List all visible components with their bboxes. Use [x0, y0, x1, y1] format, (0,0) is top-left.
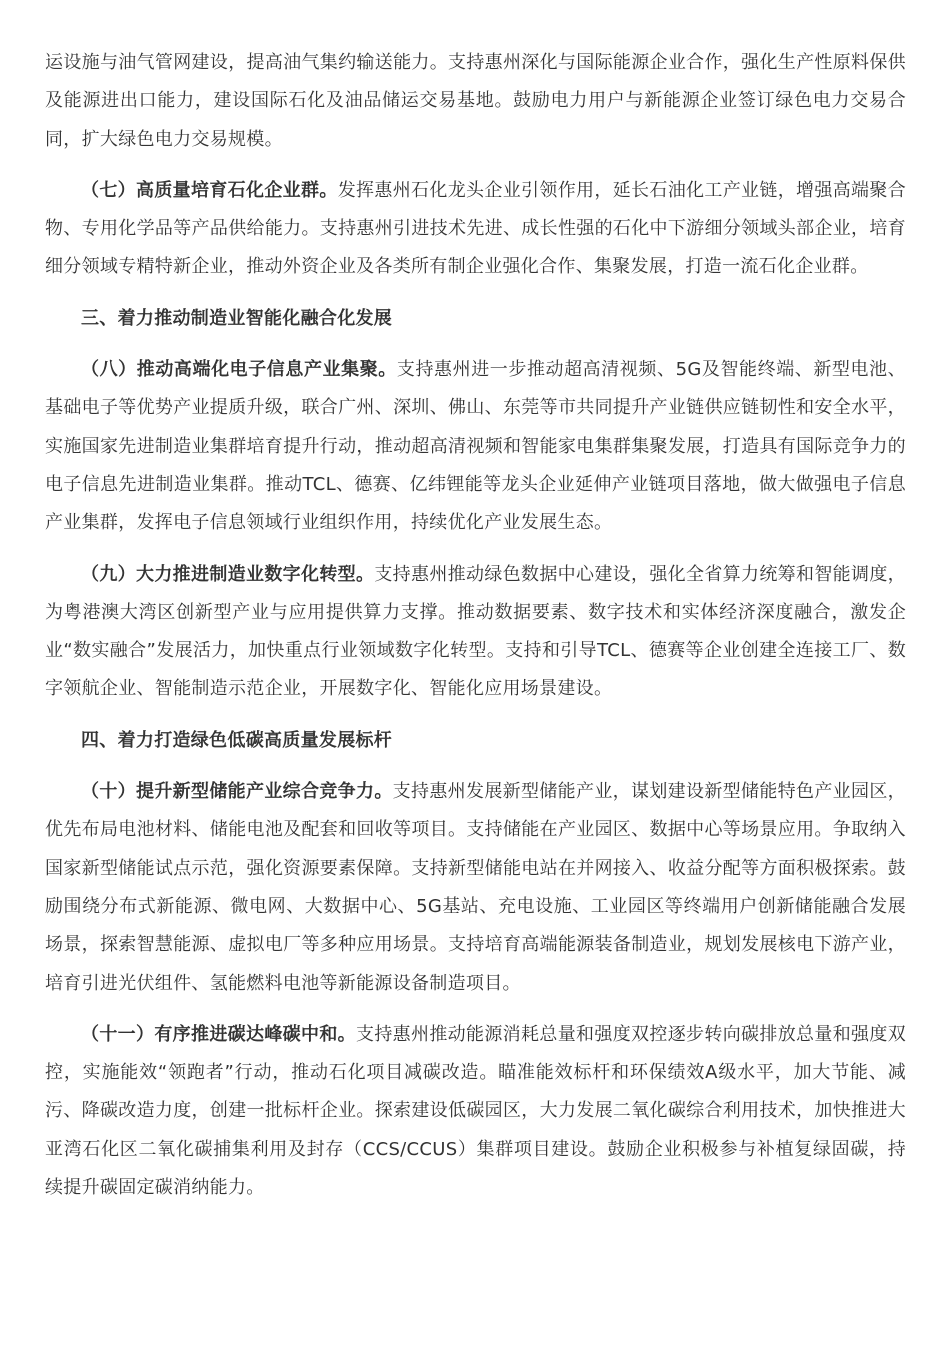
paragraph-lead-title: （九）大力推进制造业数字化转型。	[81, 564, 374, 585]
paragraph-continuation: 运设施与油气管网建设，提高油气集约输送能力。支持惠州深化与国际能源企业合作，强化…	[45, 44, 906, 159]
paragraph-section-9: （九）大力推进制造业数字化转型。支持惠州推动绿色数据中心建设，强化全省算力统筹和…	[45, 556, 906, 709]
paragraph-text: 支持惠州进一步推动超高清视频、5G及智能终端、新型电池、基础电子等优势产业提质升…	[45, 359, 906, 533]
paragraph-section-8: （八）推动高端化电子信息产业集聚。支持惠州进一步推动超高清视频、5G及智能终端、…	[45, 351, 906, 542]
paragraph-lead-title: （十一）有序推进碳达峰碳中和。	[81, 1024, 356, 1045]
paragraph-text: 运设施与油气管网建设，提高油气集约输送能力。支持惠州深化与国际能源企业合作，强化…	[45, 52, 906, 150]
paragraph-text: 支持惠州推动能源消耗总量和强度双控逐步转向碳排放总量和强度双控，实施能效“领跑者…	[45, 1024, 906, 1198]
section-heading-4: 四、着力打造绿色低碳高质量发展标杆	[45, 722, 906, 760]
section-heading-3: 三、着力推动制造业智能化融合化发展	[45, 300, 906, 338]
paragraph-section-11: （十一）有序推进碳达峰碳中和。支持惠州推动能源消耗总量和强度双控逐步转向碳排放总…	[45, 1016, 906, 1207]
paragraph-section-10: （十）提升新型储能产业综合竞争力。支持惠州发展新型储能产业，谋划建设新型储能特色…	[45, 773, 906, 1003]
paragraph-lead-title: （十）提升新型储能产业综合竞争力。	[81, 781, 393, 802]
paragraph-text: 支持惠州发展新型储能产业，谋划建设新型储能特色产业园区，优先布局电池材料、储能电…	[45, 781, 906, 993]
document-page: 运设施与油气管网建设，提高油气集约输送能力。支持惠州深化与国际能源企业合作，强化…	[0, 0, 950, 1345]
paragraph-lead-title: （八）推动高端化电子信息产业集聚。	[81, 359, 397, 380]
paragraph-lead-title: （七）高质量培育石化企业群。	[81, 180, 338, 201]
paragraph-section-7: （七）高质量培育石化企业群。发挥惠州石化龙头企业引领作用，延长石油化工产业链，增…	[45, 172, 906, 287]
